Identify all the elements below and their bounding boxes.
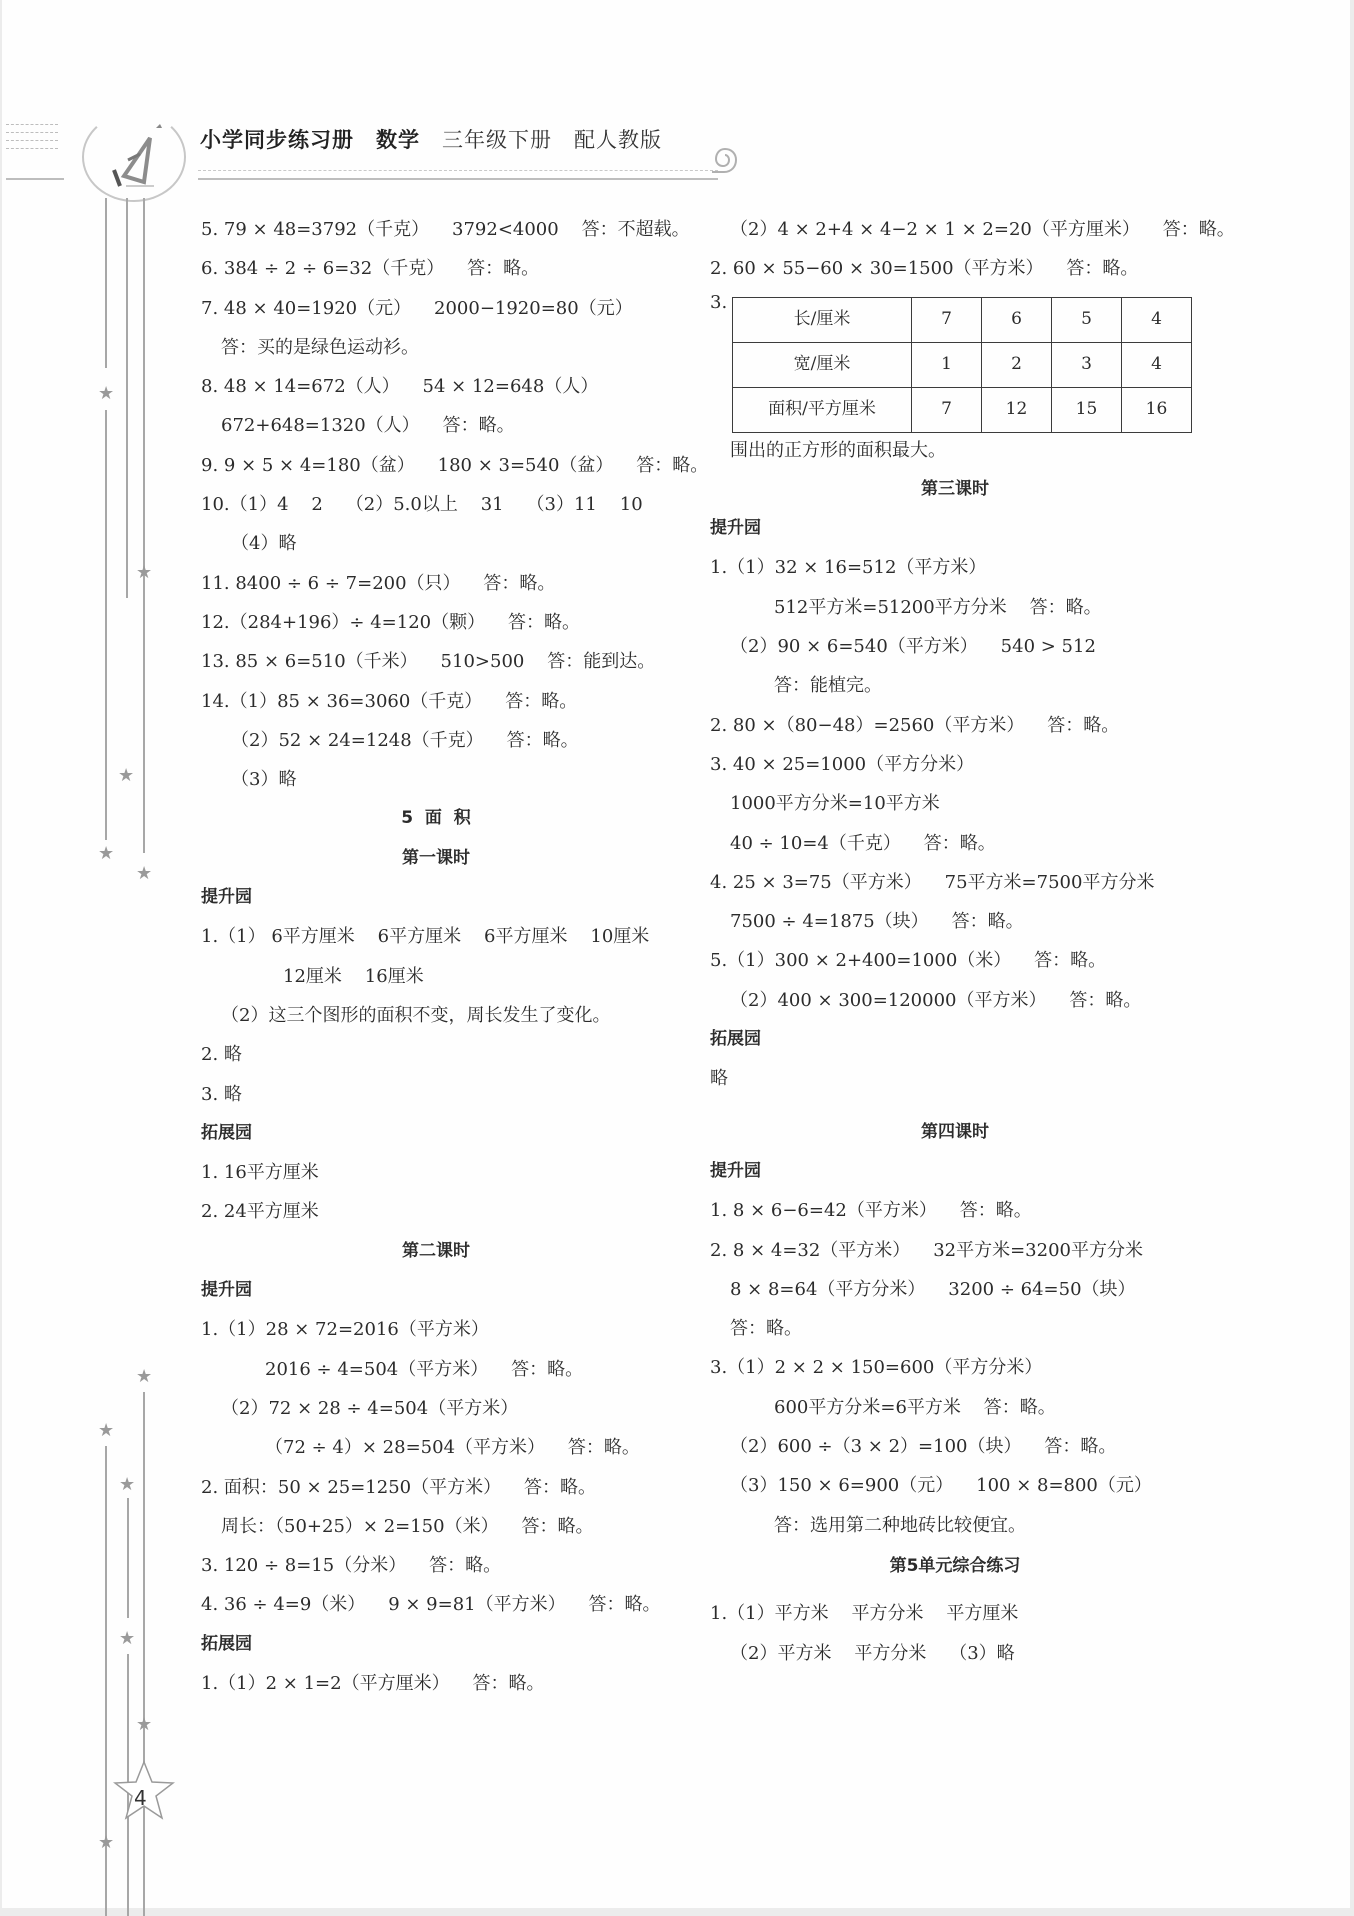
row-header: 宽/厘米 [733, 342, 912, 387]
table-row: 面积/平方厘米 7 12 15 16 [733, 387, 1192, 432]
answer-line: 3. 40 × 25=1000（平方分米） [710, 745, 1200, 784]
answer-line: 6. 384 ÷ 2 ÷ 6=32（千克） 答：略。 [201, 249, 671, 288]
answer-line: 1.（1）2 × 1=2（平方厘米） 答：略。 [201, 1664, 671, 1703]
answer-line: 答：能植完。 [710, 666, 1200, 705]
answer-line: 14.（1）85 × 36=3060（千克） 答：略。 [201, 682, 671, 721]
answer-line: 答：选用第二种地砖比较便宜。 [710, 1506, 1200, 1545]
section-heading: 提升园 [201, 1271, 671, 1310]
answer-line: （2）4 × 2+4 × 4−2 × 1 × 2=20（平方厘米） 答：略。 [710, 210, 1200, 249]
table-cell: 4 [1122, 297, 1192, 342]
table-cell: 5 [1052, 297, 1122, 342]
margin-line [143, 588, 145, 853]
table-cell: 15 [1052, 387, 1122, 432]
question-number: 3. [710, 289, 727, 317]
answer-line: 2. 80 ×（80−48）=2560（平方米） 答：略。 [710, 706, 1200, 745]
table-cell: 16 [1122, 387, 1192, 432]
margin-line [105, 198, 107, 368]
answer-line: 40 ÷ 10=4（千克） 答：略。 [710, 824, 1200, 863]
answer-line: （3）略 [201, 760, 671, 799]
table-cell: 12 [982, 387, 1052, 432]
section-heading: 拓展园 [201, 1114, 671, 1153]
lesson-title: 第一课时 [201, 839, 671, 878]
answer-line: 672+648=1320（人） 答：略。 [201, 406, 671, 445]
answer-line: 5.（1）300 × 2+400=1000（米） 答：略。 [710, 941, 1200, 980]
star-icon: ★ [98, 385, 114, 403]
answer-line: （2）400 × 300=120000（平方米） 答：略。 [710, 981, 1200, 1020]
section-heading: 提升园 [201, 878, 671, 917]
review-title: 第5单元综合练习 [710, 1547, 1200, 1586]
answer-line: 2. 面积：50 × 25=1250（平方米） 答：略。 [201, 1468, 671, 1507]
answer-line: 3. 120 ÷ 8=15（分米） 答：略。 [201, 1546, 671, 1585]
left-column: 5. 79 × 48=3792（千克） 3792<4000 答：不超载。 6. … [201, 210, 671, 1703]
answer-line: 3. 略 [201, 1075, 671, 1114]
answer-line: 10.（1）4 2 （2）5.0以上 31 （3）11 10 [201, 485, 671, 524]
header-dashed-lines [6, 124, 58, 156]
answer-line: 600平方分米=6平方米 答：略。 [710, 1388, 1200, 1427]
table-cell: 4 [1122, 342, 1192, 387]
section-heading: 提升园 [710, 1152, 1200, 1191]
page-number: 4 [134, 1786, 147, 1810]
table-row: 长/厘米 7 6 5 4 [733, 297, 1192, 342]
right-column: （2）4 × 2+4 × 4−2 × 1 × 2=20（平方厘米） 答：略。 2… [710, 210, 1200, 1673]
answer-line: （3）150 × 6=900（元） 100 × 8=800（元） [710, 1466, 1200, 1505]
margin-line [143, 1392, 145, 1916]
answer-line: 周长：（50+25）× 2=150（米） 答：略。 [201, 1507, 671, 1546]
section-heading: 拓展园 [201, 1625, 671, 1664]
answer-table-block: 3. 长/厘米 7 6 5 4 宽/厘米 1 2 3 4 面积/平方厘米 [710, 289, 1200, 431]
star-icon: ★ [136, 564, 152, 582]
answer-line: 8. 48 × 14=672（人） 54 × 12=648（人） [201, 367, 671, 406]
answer-line: 1.（1）28 × 72=2016（平方米） [201, 1310, 671, 1349]
answer-line: 略 [710, 1059, 1200, 1098]
star-icon: ★ [119, 1630, 135, 1648]
grade: 三年级下册 [442, 128, 552, 152]
answer-line: 答：略。 [710, 1309, 1200, 1348]
answer-line: 1. 8 × 6−6=42（平方米） 答：略。 [710, 1191, 1200, 1230]
answer-line: 4. 36 ÷ 4=9（米） 9 × 9=81（平方米） 答：略。 [201, 1585, 671, 1624]
answer-line: （72 ÷ 4）× 28=504（平方米） 答：略。 [201, 1428, 671, 1467]
answer-line: （4）略 [201, 524, 671, 563]
answer-line: 13. 85 × 6=510（千米） 510>500 答：能到达。 [201, 642, 671, 681]
answer-line: 7. 48 × 40=1920（元） 2000−1920=80（元） [201, 289, 671, 328]
answer-line: 5. 79 × 48=3792（千克） 3792<4000 答：不超载。 [201, 210, 671, 249]
star-icon: ★ [98, 1834, 114, 1852]
answer-line: 3.（1）2 × 2 × 150=600（平方分米） [710, 1348, 1200, 1387]
row-header: 面积/平方厘米 [733, 387, 912, 432]
answer-line: 2016 ÷ 4=504（平方米） 答：略。 [201, 1350, 671, 1389]
edition: 配人教版 [574, 128, 662, 152]
answer-line: 围出的正方形的面积最大。 [710, 431, 1200, 470]
answer-line: （2）600 ÷（3 × 2）=100（块） 答：略。 [710, 1427, 1200, 1466]
answer-line: 2. 略 [201, 1035, 671, 1074]
answer-line: 2. 24平方厘米 [201, 1192, 671, 1231]
answer-line: 1.（1）32 × 16=512（平方米） [710, 548, 1200, 587]
star-icon: ★ [136, 1368, 152, 1386]
star-icon: ★ [136, 865, 152, 883]
star-icon: ★ [136, 1716, 152, 1734]
section-heading: 拓展园 [710, 1020, 1200, 1059]
answer-line: 4. 25 × 3=75（平方米） 75平方米=7500平方分米 [710, 863, 1200, 902]
answer-line: 1000平方分米=10平方米 [710, 784, 1200, 823]
workbook-page: 小学同步练习册数学三年级下册配人教版 ★ ★ ★ ★ ★ ★ ★ ★ ★ ★ ★… [2, 0, 1350, 1908]
table-row: 宽/厘米 1 2 3 4 [733, 342, 1192, 387]
subject: 数学 [376, 128, 420, 152]
lesson-title: 第四课时 [710, 1113, 1200, 1152]
table-cell: 6 [982, 297, 1052, 342]
star-icon: ★ [119, 1476, 135, 1494]
answer-line: 1. 16平方厘米 [201, 1153, 671, 1192]
answer-line: （2）这三个图形的面积不变，周长发生了变化。 [201, 996, 671, 1035]
star-icon: ★ [98, 1422, 114, 1440]
table-cell: 2 [982, 342, 1052, 387]
table-cell: 3 [1052, 342, 1122, 387]
answer-line: 9. 9 × 5 × 4=180（盆） 180 × 3=540（盆） 答：略。 [201, 446, 671, 485]
lesson-title: 第三课时 [710, 470, 1200, 509]
header-dashed-rule [198, 170, 718, 171]
rectangle-dimensions-table: 长/厘米 7 6 5 4 宽/厘米 1 2 3 4 面积/平方厘米 7 12 [732, 297, 1192, 433]
star-icon: ★ [98, 845, 114, 863]
answer-line: 512平方米=51200平方分米 答：略。 [710, 588, 1200, 627]
answer-line: 7500 ÷ 4=1875（块） 答：略。 [710, 902, 1200, 941]
header-rule-left [6, 178, 64, 180]
answer-line: 8 × 8=64（平方分米） 3200 ÷ 64=50（块） [710, 1270, 1200, 1309]
star-icon: ★ [118, 767, 134, 785]
answer-line: （2）52 × 24=1248（千克） 答：略。 [201, 721, 671, 760]
table-cell: 7 [912, 297, 982, 342]
swirl-ornament-icon [710, 146, 738, 174]
table-cell: 1 [912, 342, 982, 387]
answer-line: 12.（284+196）÷ 4=120（颗） 答：略。 [201, 603, 671, 642]
margin-line [127, 1498, 129, 1618]
section-heading: 提升园 [710, 509, 1200, 548]
answer-line: （2）90 × 6=540（平方米） 540 > 512 [710, 627, 1200, 666]
header-title: 小学同步练习册数学三年级下册配人教版 [200, 124, 684, 154]
book-title: 小学同步练习册 [200, 128, 354, 152]
answer-line: 1.（1）平方米 平方分米 平方厘米 [710, 1594, 1200, 1633]
answer-line: 12厘米 16厘米 [201, 957, 671, 996]
row-header: 长/厘米 [733, 297, 912, 342]
answer-line: 答：买的是绿色运动衫。 [201, 328, 671, 367]
margin-line [126, 198, 128, 598]
answer-line: 1.（1） 6平方厘米 6平方厘米 6平方厘米 10厘米 [201, 917, 671, 956]
table-cell: 7 [912, 387, 982, 432]
header-logo-set-square-icon [82, 112, 186, 202]
answer-line: 2. 8 × 4=32（平方米） 32平方米=3200平方分米 [710, 1231, 1200, 1270]
unit-title: 5 面 积 [201, 799, 671, 838]
answer-line: （2）72 × 28 ÷ 4=504（平方米） [201, 1389, 671, 1428]
header-rule [198, 178, 718, 180]
lesson-title: 第二课时 [201, 1232, 671, 1271]
answer-line: 11. 8400 ÷ 6 ÷ 7=200（只） 答：略。 [201, 564, 671, 603]
answer-line: 2. 60 × 55−60 × 30=1500（平方米） 答：略。 [710, 249, 1200, 288]
answer-line: （2）平方米 平方分米 （3）略 [710, 1634, 1200, 1673]
margin-line [105, 410, 107, 840]
